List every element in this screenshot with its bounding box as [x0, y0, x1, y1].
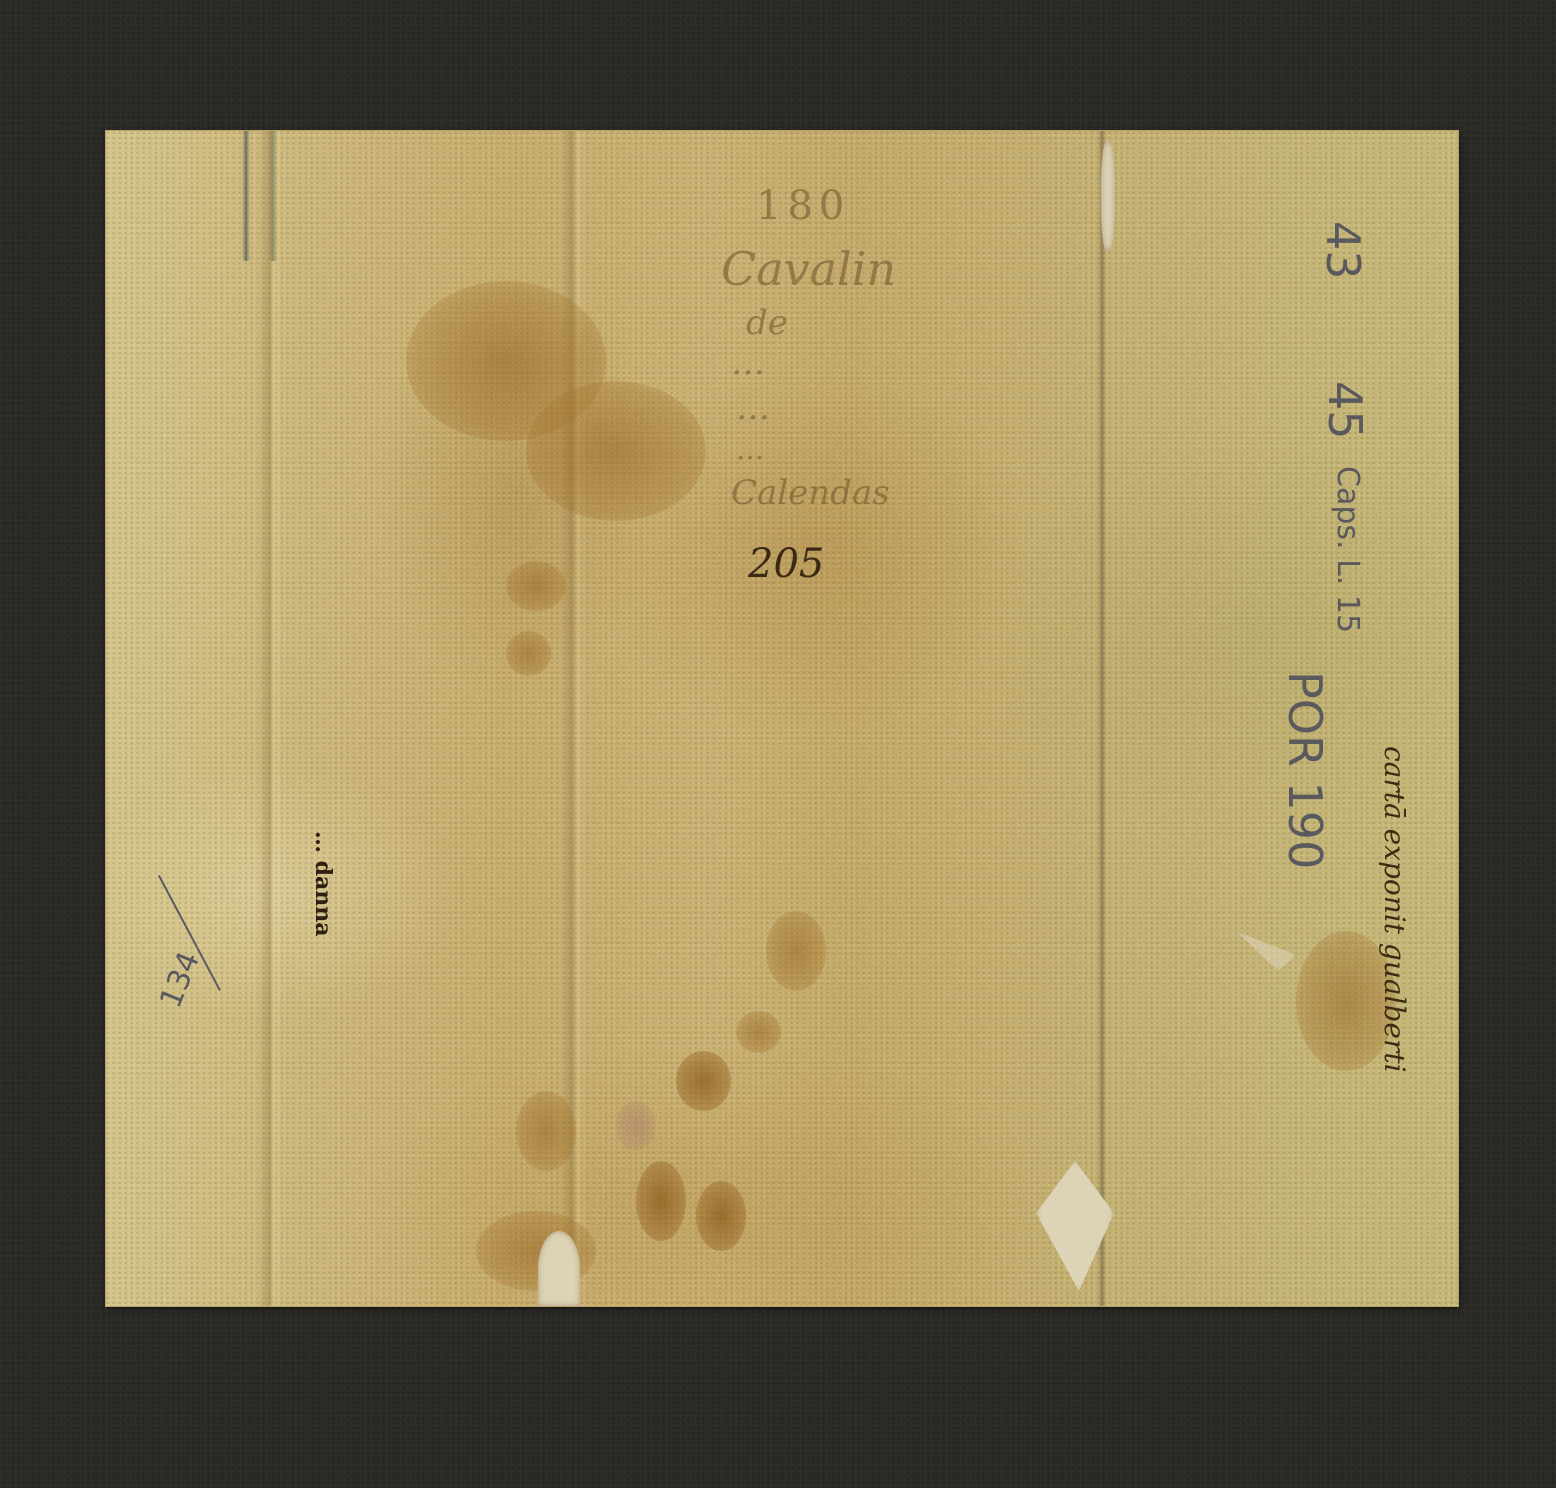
faded-endorsement-line: … [736, 391, 770, 425]
water-stain [526, 381, 706, 521]
water-stain [616, 1101, 656, 1151]
water-stain [636, 1161, 686, 1241]
water-stain [676, 1051, 731, 1111]
water-stain [766, 911, 826, 991]
faded-endorsement-line: … [736, 436, 764, 464]
folio-number: 205 [748, 544, 824, 584]
pencil-number-134: 134 [156, 948, 205, 1012]
faded-endorsement-line: … [731, 346, 765, 380]
ink-endorsement-note: cartā exponit gualberti [1380, 746, 1408, 1073]
parchment-sheet: 180 Cavalin de … … … Calendas 205 43 45 … [106, 131, 1458, 1306]
fold-line-left [258, 131, 284, 1306]
water-stain [506, 631, 551, 676]
archive-number-top: 180 [756, 186, 850, 226]
water-stain [736, 1011, 781, 1053]
pencil-number-45: 45 [1322, 381, 1368, 440]
ink-bleed-mark [242, 131, 250, 261]
fold-line-right [1098, 131, 1106, 1306]
faded-endorsement-line: de [746, 306, 788, 340]
pencil-shelfmark: Caps. L. 15 [1332, 466, 1362, 633]
pencil-number-43: 43 [1320, 221, 1366, 280]
pencil-reference-por-190: POR 190 [1282, 671, 1328, 869]
water-stain [696, 1181, 746, 1251]
ink-bleed-mark [269, 131, 277, 261]
water-stain [506, 561, 566, 611]
scuff-mark [1236, 931, 1296, 971]
faded-endorsement-line: Calendas [731, 476, 890, 510]
faded-endorsement-line: Cavalin [721, 246, 896, 292]
tear-bottom-left [538, 1231, 580, 1306]
water-stain [516, 1091, 576, 1171]
ink-note-left: … danna [312, 831, 334, 937]
tear-top [1101, 141, 1115, 251]
